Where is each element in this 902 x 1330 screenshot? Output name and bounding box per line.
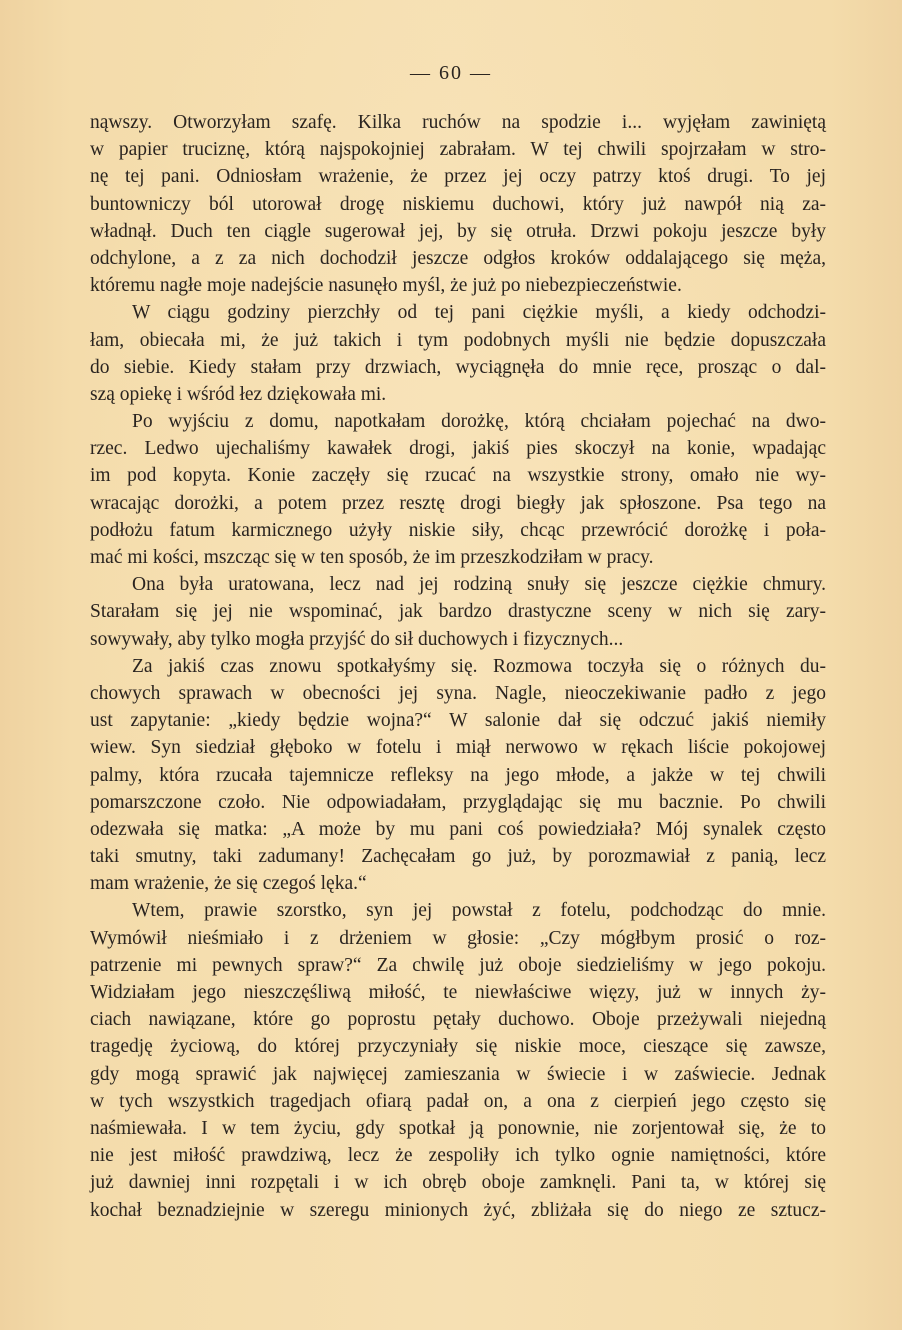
paragraph: nąwszy. Otworzyłam szafę. Kilka ruchów n… — [90, 109, 826, 299]
text-line: mać mi kości, mszcząc się w ten sposób, … — [90, 544, 826, 571]
text-line: kochał beznadziejnie w szeregu minionych… — [90, 1197, 826, 1224]
text-line: Za jakiś czas znowu spotkałyśmy się. Roz… — [90, 653, 826, 680]
paragraph: Po wyjściu z domu, napotkałam dorożkę, k… — [90, 408, 826, 571]
text-line: Wtem, prawie szorstko, syn jej powstał z… — [90, 897, 826, 924]
text-line: szą opiekę i wśród łez dziękowała mi. — [90, 381, 826, 408]
text-line: sowywały, aby tylko mogła przyjść do sił… — [90, 626, 826, 653]
text-line: odezwała się matka: „A może by mu pani c… — [90, 816, 826, 843]
body-text: nąwszy. Otworzyłam szafę. Kilka ruchów n… — [90, 109, 826, 1224]
text-line: gdy mogą sprawić jak najwięcej zamieszan… — [90, 1061, 826, 1088]
text-line: patrzenie mi pewnych spraw?“ Za chwilę j… — [90, 952, 826, 979]
text-line: w tych wszystkich tragedjach ofiarą pada… — [90, 1088, 826, 1115]
text-line: rzec. Ledwo ujechaliśmy kawałek drogi, j… — [90, 435, 826, 462]
text-line: do siebie. Kiedy stałam przy drzwiach, w… — [90, 354, 826, 381]
text-line: im pod kopyta. Konie zaczęły się rzucać … — [90, 462, 826, 489]
text-line: W ciągu godziny pierzchły od tej pani ci… — [90, 299, 826, 326]
text-line: łam, obiecała mi, że już takich i tym po… — [90, 327, 826, 354]
text-line: władnął. Duch ten ciągle sugerował jej, … — [90, 218, 826, 245]
text-line: buntowniczy ból utorował drogę niskiemu … — [90, 191, 826, 218]
paragraph: Za jakiś czas znowu spotkałyśmy się. Roz… — [90, 653, 826, 898]
text-line: wracając dorożki, a potem przez resztę d… — [90, 490, 826, 517]
text-line: palmy, która rzucała tajemnicze refleksy… — [90, 762, 826, 789]
text-line: naśmiewała. I w tem życiu, gdy spotkał j… — [90, 1115, 826, 1142]
text-line: chowych sprawach w obecności jej syna. N… — [90, 680, 826, 707]
paragraph: Wtem, prawie szorstko, syn jej powstał z… — [90, 897, 826, 1223]
text-line: pomarszczone czoło. Nie odpowiadałam, pr… — [90, 789, 826, 816]
text-line: podłożu fatum karmicznego użyły niskie s… — [90, 517, 826, 544]
text-line: nę tej pani. Odniosłam wrażenie, że prze… — [90, 163, 826, 190]
text-line: wiew. Syn siedział głęboko w fotelu i mi… — [90, 734, 826, 761]
text-line: ust zapytanie: „kiedy będzie wojna?“ W s… — [90, 707, 826, 734]
text-line: nie jest miłość prawdziwą, lecz że zespo… — [90, 1142, 826, 1169]
text-line: Starałam się jej nie wspominać, jak bard… — [90, 598, 826, 625]
text-line: któremu nagłe moje nadejście nasunęło my… — [90, 272, 826, 299]
text-line: taki smutny, taki zadumany! Zachęcałam g… — [90, 843, 826, 870]
text-line: nąwszy. Otworzyłam szafę. Kilka ruchów n… — [90, 109, 826, 136]
paragraph: Ona była uratowana, lecz nad jej rodziną… — [90, 571, 826, 653]
text-line: mam wrażenie, że się czegoś lęka.“ — [90, 870, 826, 897]
text-line: Widziałam jego nieszczęśliwą miłość, te … — [90, 979, 826, 1006]
text-line: ciach nawiązane, które go poprostu pętał… — [90, 1006, 826, 1033]
text-line: Wymówił nieśmiało i z drżeniem w głosie:… — [90, 925, 826, 952]
text-line: Ona była uratowana, lecz nad jej rodziną… — [90, 571, 826, 598]
text-line: tragedję życiową, do której przyczyniały… — [90, 1033, 826, 1060]
text-line: odchylone, a z za nich dochodził jeszcze… — [90, 245, 826, 272]
text-line: Po wyjściu z domu, napotkałam dorożkę, k… — [90, 408, 826, 435]
text-line: w papier truciznę, którą najspokojniej z… — [90, 136, 826, 163]
text-line: już dawniej inni rozpętali i w ich obręb… — [90, 1169, 826, 1196]
paragraph: W ciągu godziny pierzchły od tej pani ci… — [90, 299, 826, 408]
page-number: — 60 — — [0, 62, 902, 85]
book-page: — 60 — nąwszy. Otworzyłam szafę. Kilka r… — [0, 0, 902, 1330]
